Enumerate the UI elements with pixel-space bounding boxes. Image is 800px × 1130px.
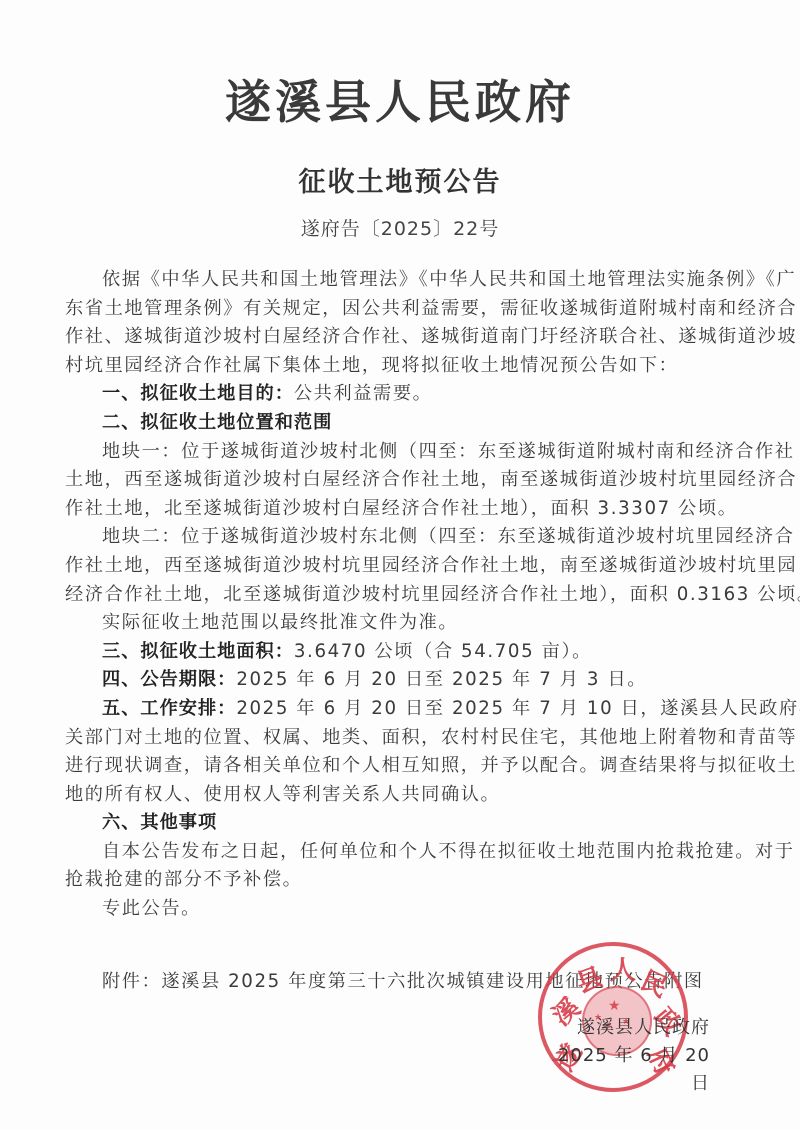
section-location: 二、拟征收土地位置和范围 — [65, 409, 765, 438]
section-text: 2025 年 6 月 20 日至 2025 年 7 月 3 日。 — [236, 669, 647, 690]
parcel1-line: 土地，西至遂城街道沙坡村白屋经济合作社土地，南至遂城街道沙坡村坑里园经济合 — [65, 466, 765, 495]
section-text: 3.6470 公顷（合 54.705 亩）。 — [294, 641, 592, 662]
intro-line: 依据《中华人民共和国土地管理法》《中华人民共和国土地管理法实施条例》《广 — [65, 266, 765, 295]
intro-line: 村坑里园经济合作社属下集体土地，现将拟征收土地情况预公告如下： — [65, 352, 765, 381]
section-text: 2025 年 6 月 20 日至 2025 年 7 月 10 日，遂溪县人民政府… — [236, 698, 800, 719]
notice-title: 征收土地预公告 — [0, 160, 800, 199]
scope-note: 实际征收土地范围以最终批准文件为准。 — [65, 609, 765, 638]
work-plan-line: 关部门对土地的位置、权属、地类、面积，农村村民住宅，其他地上附着物和青苗等 — [65, 724, 765, 753]
issuer-heading: 遂溪县人民政府 — [0, 66, 800, 132]
star-icon: ★ — [608, 998, 621, 1015]
other-line: 自本公告发布之日起，任何单位和个人不得在拟征收土地范围内抢栽抢建。对于 — [65, 838, 765, 867]
section-heading: 一、拟征收土地目的： — [102, 383, 294, 404]
section-other: 六、其他事项 — [65, 809, 765, 838]
section-purpose: 一、拟征收土地目的：公共利益需要。 — [65, 380, 765, 409]
section-heading: 六、其他事项 — [102, 812, 217, 833]
section-heading: 二、拟征收土地位置和范围 — [102, 412, 332, 433]
intro-line: 东省土地管理条例》有关规定，因公共利益需要，需征收遂城街道附城村南和经济合 — [65, 295, 765, 324]
section-period: 四、公告期限：2025 年 6 月 20 日至 2025 年 7 月 3 日。 — [65, 666, 765, 695]
seal-char: 人 — [610, 950, 636, 987]
work-plan-line: 进行现状调查，请各相关单位和个人相互知照，并予以配合。调查结果将与拟征收土 — [65, 752, 765, 781]
section-work-plan: 五、工作安排：2025 年 6 月 20 日至 2025 年 7 月 10 日，… — [65, 695, 765, 724]
document-page: 遂溪县人民政府 征收土地预公告 遂府告〔2025〕22号 依据《中华人民共和国土… — [0, 0, 800, 1130]
notice-body: 依据《中华人民共和国土地管理法》《中华人民共和国土地管理法实施条例》《广 东省土… — [65, 266, 765, 996]
other-line: 抢栽抢建的部分不予补偿。 — [65, 866, 765, 895]
parcel2-line: 作社土地，西至遂城街道沙坡村坑里园经济合作社土地，南至遂城街道沙坡村坑里园 — [65, 552, 765, 581]
section-area: 三、拟征收土地面积：3.6470 公顷（合 54.705 亩）。 — [65, 638, 765, 667]
section-heading: 四、公告期限： — [102, 669, 236, 690]
section-heading: 三、拟征收土地面积： — [102, 641, 294, 662]
work-plan-line: 地的所有权人、使用权人等利害关系人共同确认。 — [65, 781, 765, 810]
section-text: 公共利益需要。 — [294, 383, 433, 404]
parcel2-line: 经济合作社土地，北至遂城街道沙坡村坑里园经济合作社土地），面积 0.3163 公… — [65, 581, 765, 610]
signature-block: 遂溪县人民政府 2025 年 6 月 20 日 — [540, 1014, 710, 1098]
signature-issuer: 遂溪县人民政府 — [540, 1014, 710, 1042]
section-heading: 五、工作安排： — [102, 698, 236, 719]
parcel1-line: 地块一：位于遂城街道沙坡村北侧（四至：东至遂城街道附城村南和经济合作社 — [65, 438, 765, 467]
document-number: 遂府告〔2025〕22号 — [0, 214, 800, 241]
parcel1-line: 作社土地，北至遂城街道沙坡村白屋经济合作社土地），面积 3.3307 公顷。 — [65, 495, 765, 524]
intro-line: 作社、遂城街道沙坡村白屋经济合作社、遂城街道南门圩经济联合社、遂城街道沙坡 — [65, 323, 765, 352]
signature-date: 2025 年 6 月 20 日 — [540, 1042, 710, 1098]
closing-text: 专此公告。 — [65, 895, 765, 924]
parcel2-line: 地块二：位于遂城街道沙坡村东北侧（四至：东至遂城街道沙坡村坑里园经济合 — [65, 523, 765, 552]
